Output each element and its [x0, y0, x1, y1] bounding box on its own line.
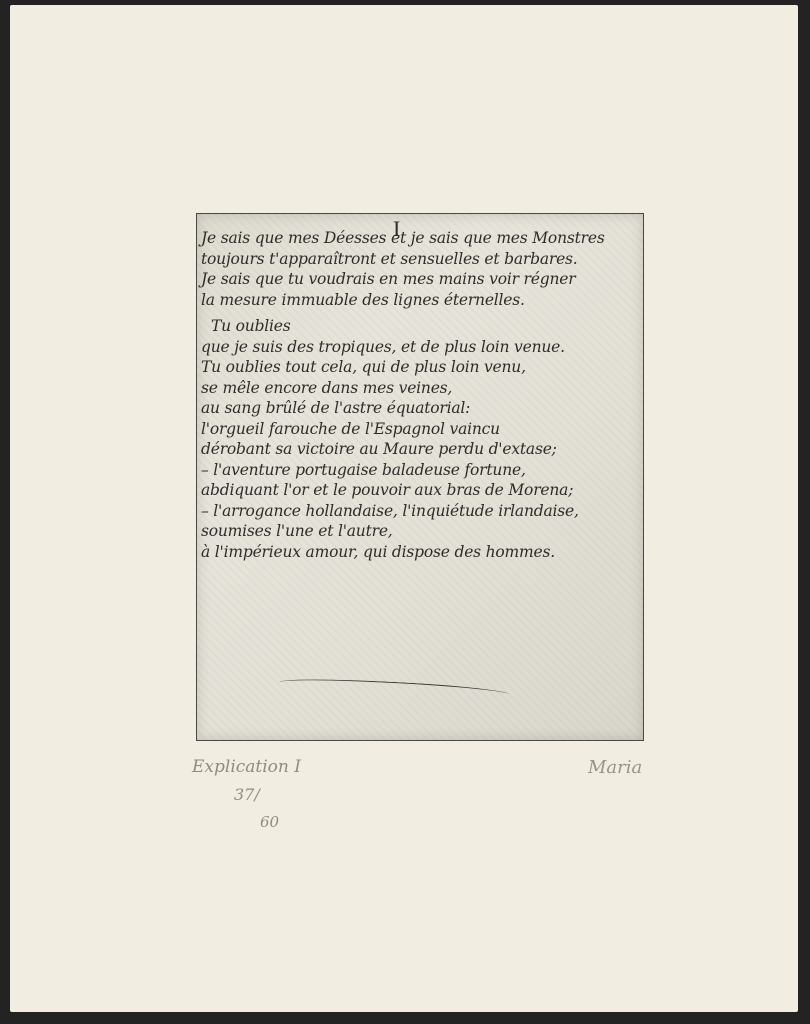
poem-line: la mesure immuable des lignes éternelles…: [201, 290, 641, 311]
poem-line: l'orgueil farouche de l'Espagnol vaincu: [201, 419, 641, 440]
edition-total: 60: [260, 813, 279, 831]
pencil-title: Explication I: [192, 757, 301, 777]
poem-line: soumises l'une et l'autre,: [201, 521, 641, 542]
paper-sheet: I Je sais que mes Déesses et je sais que…: [10, 5, 798, 1012]
poem-line: Tu oublies tout cela, qui de plus loin v…: [201, 357, 641, 378]
poem-line: Tu oublies: [201, 316, 641, 337]
etched-plate: I Je sais que mes Déesses et je sais que…: [196, 213, 644, 741]
poem-line: à l'impérieux amour, qui dispose des hom…: [201, 542, 641, 563]
poem-line: abdiquant l'or et le pouvoir aux bras de…: [201, 480, 641, 501]
poem-line: au sang brûlé de l'astre équatorial:: [201, 398, 641, 419]
handwritten-poem: Je sais que mes Déesses et je sais que m…: [201, 228, 641, 562]
poem-line: Je sais que mes Déesses et je sais que m…: [201, 228, 641, 249]
poem-line: – l'aventure portugaise baladeuse fortun…: [201, 460, 641, 481]
poem-line: – l'arrogance hollandaise, l'inquiétude …: [201, 501, 641, 522]
poem-line: Je sais que tu voudrais en mes mains voi…: [201, 269, 641, 290]
poem-line: se mêle encore dans mes veines,: [201, 378, 641, 399]
edition-number: 37/: [234, 785, 260, 804]
poem-line: que je suis des tropiques, et de plus lo…: [201, 337, 641, 358]
artist-signature: Maria: [588, 757, 642, 778]
flourish-stroke: [279, 676, 510, 709]
poem-line: toujours t'apparaîtront et sensuelles et…: [201, 249, 641, 270]
poem-line: dérobant sa victoire au Maure perdu d'ex…: [201, 439, 641, 460]
